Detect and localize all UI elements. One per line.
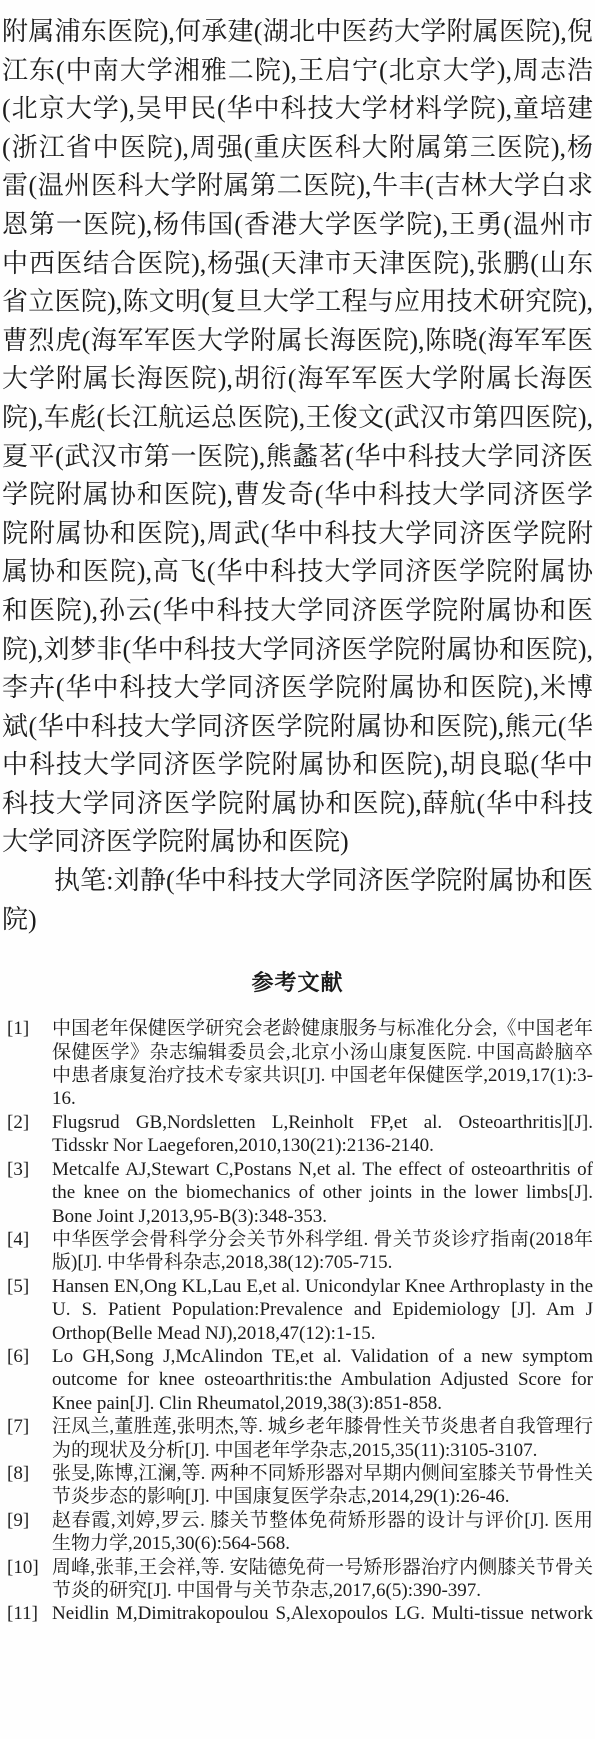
reference-text: 周峰,张菲,王会祥,等. 安陆德免荷一号矫形器治疗内侧膝关节骨关节炎的研究[J]… bbox=[52, 1557, 593, 1601]
reference-number: [7] bbox=[7, 1415, 29, 1438]
document-page: 附属浦东医院),何承建(湖北中医药大学附属医院),倪江东(中南大学湘雅二院),王… bbox=[0, 0, 595, 1626]
reference-list: [1] 中国老年保健医学研究会老龄健康服务与标准化分会,《中国老年保健医学》杂志… bbox=[2, 1017, 593, 1626]
reference-item: [7] 汪凤兰,董胜莲,张明杰,等. 城乡老年膝骨性关节炎患者自我管理行为的现状… bbox=[2, 1415, 593, 1462]
reference-number: [5] bbox=[7, 1275, 29, 1298]
reference-text: 中国老年保健医学研究会老龄健康服务与标准化分会,《中国老年保健医学》杂志编辑委员… bbox=[52, 1018, 593, 1109]
reference-number: [2] bbox=[7, 1111, 29, 1134]
reference-item: [2] Flugsrud GB,Nordsletten L,Reinholt F… bbox=[2, 1111, 593, 1158]
reference-number: [8] bbox=[7, 1462, 29, 1485]
reference-text: Flugsrud GB,Nordsletten L,Reinholt FP,et… bbox=[52, 1112, 593, 1156]
reference-item: [4] 中华医学会骨科学分会关节外科学组. 骨关节炎诊疗指南(2018年版)[J… bbox=[2, 1228, 593, 1275]
reference-number: [10] bbox=[7, 1556, 39, 1579]
writer-line: 执笔:刘静(华中科技大学同济医学院附属协和医院) bbox=[2, 862, 593, 939]
reference-text: Hansen EN,Ong KL,Lau E,et al. Unicondyla… bbox=[52, 1276, 593, 1344]
reference-item: [5] Hansen EN,Ong KL,Lau E,et al. Unicon… bbox=[2, 1275, 593, 1345]
reference-text: Lo GH,Song J,McAlindon TE,et al. Validat… bbox=[52, 1346, 593, 1414]
reference-number: [6] bbox=[7, 1345, 29, 1368]
references-heading: 参考文献 bbox=[2, 966, 593, 997]
reference-number: [1] bbox=[7, 1017, 29, 1040]
reference-item: [6] Lo GH,Song J,McAlindon TE,et al. Val… bbox=[2, 1345, 593, 1415]
author-affiliation-paragraph: 附属浦东医院),何承建(湖北中医药大学附属医院),倪江东(中南大学湘雅二院),王… bbox=[2, 13, 593, 862]
reference-item: [8] 张旻,陈博,江澜,等. 两种不同矫形器对早期内侧间室膝关节骨性关节炎步态… bbox=[2, 1462, 593, 1509]
reference-text: Metcalfe AJ,Stewart C,Postans N,et al. T… bbox=[52, 1159, 593, 1227]
reference-text: 赵春霞,刘婷,罗云. 膝关节整体免荷矫形器的设计与评价[J]. 医用生物力学,2… bbox=[52, 1510, 593, 1554]
reference-number: [9] bbox=[7, 1509, 29, 1532]
reference-text: 汪凤兰,董胜莲,张明杰,等. 城乡老年膝骨性关节炎患者自我管理行为的现状及分析[… bbox=[52, 1416, 593, 1460]
reference-item: [1] 中国老年保健医学研究会老龄健康服务与标准化分会,《中国老年保健医学》杂志… bbox=[2, 1017, 593, 1111]
reference-item: [11] Neidlin M,Dimitrakopoulou S,Alexopo… bbox=[2, 1602, 593, 1625]
reference-item: [10] 周峰,张菲,王会祥,等. 安陆德免荷一号矫形器治疗内侧膝关节骨关节炎的… bbox=[2, 1556, 593, 1603]
reference-number: [4] bbox=[7, 1228, 29, 1251]
reference-text: 中华医学会骨科学分会关节外科学组. 骨关节炎诊疗指南(2018年版)[J]. 中… bbox=[52, 1229, 593, 1273]
reference-text: 张旻,陈博,江澜,等. 两种不同矫形器对早期内侧间室膝关节骨性关节炎步态的影响[… bbox=[52, 1463, 593, 1507]
reference-text: Neidlin M,Dimitrakopoulou S,Alexopoulos … bbox=[52, 1603, 593, 1624]
reference-number: [11] bbox=[7, 1602, 38, 1625]
reference-number: [3] bbox=[7, 1158, 29, 1181]
reference-item: [9] 赵春霞,刘婷,罗云. 膝关节整体免荷矫形器的设计与评价[J]. 医用生物… bbox=[2, 1509, 593, 1556]
reference-item: [3] Metcalfe AJ,Stewart C,Postans N,et a… bbox=[2, 1158, 593, 1228]
